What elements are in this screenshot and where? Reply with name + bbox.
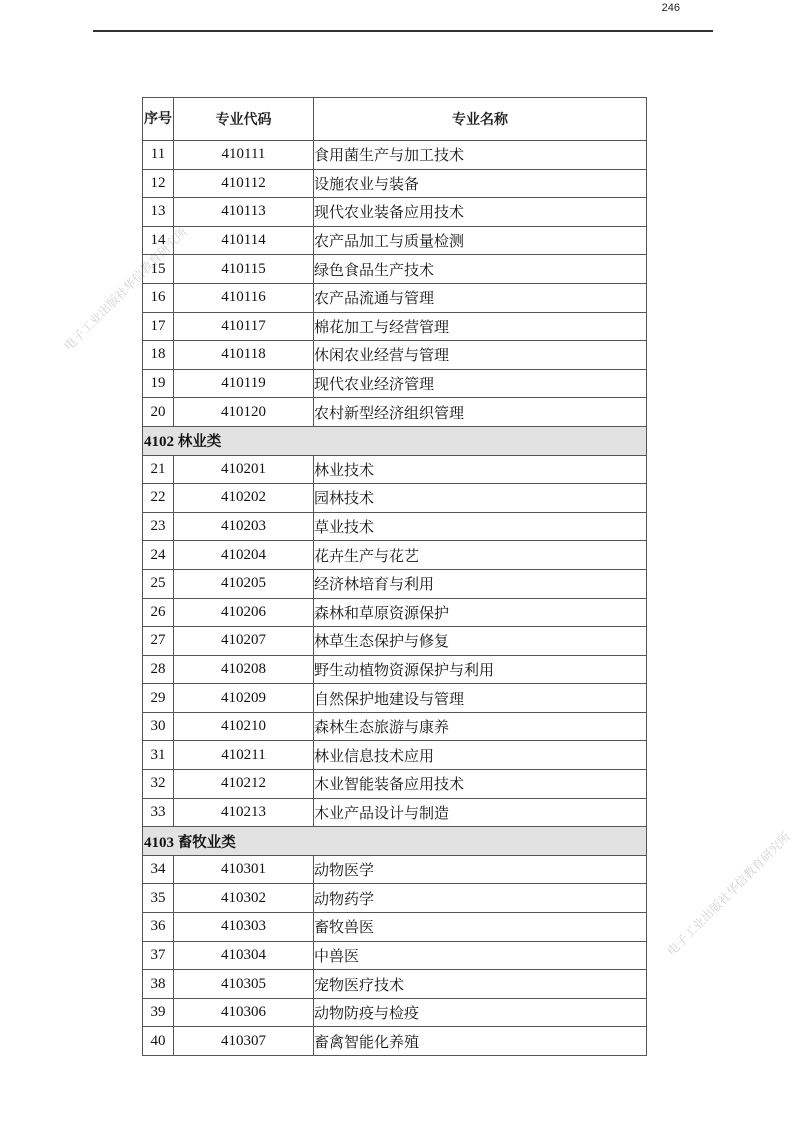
row-seq: 37: [143, 941, 174, 970]
table-body: 11410111食用菌生产与加工技术12410112设施农业与装备1341011…: [143, 141, 647, 1056]
table-row: 28410208野生动植物资源保护与利用: [143, 655, 647, 684]
row-code: 410211: [174, 741, 314, 770]
row-seq: 39: [143, 998, 174, 1027]
row-name: 休闲农业经营与管理: [314, 341, 647, 370]
row-code: 410117: [174, 312, 314, 341]
row-seq: 40: [143, 1027, 174, 1056]
row-code: 410208: [174, 655, 314, 684]
table-row: 38410305宠物医疗技术: [143, 970, 647, 999]
table-row: 15410115绿色食品生产技术: [143, 255, 647, 284]
row-seq: 11: [143, 141, 174, 170]
row-seq: 14: [143, 226, 174, 255]
row-code: 410306: [174, 998, 314, 1027]
header-seq: 序号: [143, 98, 174, 141]
row-name: 林业技术: [314, 455, 647, 484]
category-code: 4102: [144, 434, 174, 450]
row-code: 410210: [174, 712, 314, 741]
row-name: 畜禽智能化养殖: [314, 1027, 647, 1056]
table-row: 31410211林业信息技术应用: [143, 741, 647, 770]
table-row: 12410112设施农业与装备: [143, 169, 647, 198]
row-code: 410113: [174, 198, 314, 227]
row-code: 410204: [174, 541, 314, 570]
row-seq: 28: [143, 655, 174, 684]
row-seq: 27: [143, 627, 174, 656]
row-seq: 12: [143, 169, 174, 198]
majors-table: 序号 专业代码 专业名称 11410111食用菌生产与加工技术12410112设…: [142, 97, 647, 1056]
row-code: 410307: [174, 1027, 314, 1056]
row-code: 410305: [174, 970, 314, 999]
row-seq: 24: [143, 541, 174, 570]
table-row: 19410119现代农业经济管理: [143, 369, 647, 398]
row-code: 410303: [174, 913, 314, 942]
row-seq: 19: [143, 369, 174, 398]
table-row: 17410117棉花加工与经营管理: [143, 312, 647, 341]
row-code: 410112: [174, 169, 314, 198]
row-code: 410213: [174, 798, 314, 827]
row-seq: 32: [143, 770, 174, 799]
row-name: 园林技术: [314, 484, 647, 513]
row-code: 410120: [174, 398, 314, 427]
row-code: 410302: [174, 884, 314, 913]
header-rule: [93, 30, 713, 32]
row-name: 宠物医疗技术: [314, 970, 647, 999]
table-row: 21410201林业技术: [143, 455, 647, 484]
watermark: 电子工业出版社华信教育研究所: [663, 828, 793, 959]
row-seq: 22: [143, 484, 174, 513]
category-row: 4103 畜牧业类: [143, 827, 647, 856]
category-row: 4102 林业类: [143, 426, 647, 455]
header-name: 专业名称: [314, 98, 647, 141]
row-code: 410207: [174, 627, 314, 656]
row-seq: 36: [143, 913, 174, 942]
row-name: 木业智能装备应用技术: [314, 770, 647, 799]
row-seq: 23: [143, 512, 174, 541]
row-name: 食用菌生产与加工技术: [314, 141, 647, 170]
row-seq: 34: [143, 855, 174, 884]
table-row: 35410302动物药学: [143, 884, 647, 913]
row-seq: 25: [143, 569, 174, 598]
row-code: 410209: [174, 684, 314, 713]
row-seq: 31: [143, 741, 174, 770]
table-row: 18410118休闲农业经营与管理: [143, 341, 647, 370]
row-name: 自然保护地建设与管理: [314, 684, 647, 713]
table-row: 23410203草业技术: [143, 512, 647, 541]
table-row: 34410301动物医学: [143, 855, 647, 884]
row-name: 草业技术: [314, 512, 647, 541]
table-row: 24410204花卉生产与花艺: [143, 541, 647, 570]
row-name: 花卉生产与花艺: [314, 541, 647, 570]
table-row: 32410212木业智能装备应用技术: [143, 770, 647, 799]
table-row: 16410116农产品流通与管理: [143, 283, 647, 312]
row-seq: 35: [143, 884, 174, 913]
row-seq: 16: [143, 283, 174, 312]
table-row: 40410307畜禽智能化养殖: [143, 1027, 647, 1056]
row-name: 动物防疫与检疫: [314, 998, 647, 1027]
row-code: 410119: [174, 369, 314, 398]
row-name: 绿色食品生产技术: [314, 255, 647, 284]
row-code: 410114: [174, 226, 314, 255]
row-code: 410115: [174, 255, 314, 284]
table-row: 25410205经济林培育与利用: [143, 569, 647, 598]
row-name: 设施农业与装备: [314, 169, 647, 198]
row-code: 410118: [174, 341, 314, 370]
row-name: 中兽医: [314, 941, 647, 970]
row-name: 畜牧兽医: [314, 913, 647, 942]
row-name: 农产品加工与质量检测: [314, 226, 647, 255]
row-name: 林草生态保护与修复: [314, 627, 647, 656]
row-name: 森林和草原资源保护: [314, 598, 647, 627]
row-seq: 38: [143, 970, 174, 999]
table-row: 36410303畜牧兽医: [143, 913, 647, 942]
row-code: 410301: [174, 855, 314, 884]
row-name: 林业信息技术应用: [314, 741, 647, 770]
row-name: 野生动植物资源保护与利用: [314, 655, 647, 684]
row-name: 动物药学: [314, 884, 647, 913]
row-code: 410206: [174, 598, 314, 627]
row-name: 森林生态旅游与康养: [314, 712, 647, 741]
table-row: 13410113现代农业装备应用技术: [143, 198, 647, 227]
table-row: 22410202园林技术: [143, 484, 647, 513]
row-name: 经济林培育与利用: [314, 569, 647, 598]
row-name: 现代农业装备应用技术: [314, 198, 647, 227]
table-header-row: 序号 专业代码 专业名称: [143, 98, 647, 141]
row-code: 410304: [174, 941, 314, 970]
row-name: 农村新型经济组织管理: [314, 398, 647, 427]
row-seq: 18: [143, 341, 174, 370]
row-code: 410111: [174, 141, 314, 170]
row-seq: 29: [143, 684, 174, 713]
row-name: 现代农业经济管理: [314, 369, 647, 398]
category-cell: 4102 林业类: [143, 426, 647, 455]
table-row: 37410304中兽医: [143, 941, 647, 970]
category-cell: 4103 畜牧业类: [143, 827, 647, 856]
row-code: 410116: [174, 283, 314, 312]
table-row: 11410111食用菌生产与加工技术: [143, 141, 647, 170]
header-code: 专业代码: [174, 98, 314, 141]
row-code: 410203: [174, 512, 314, 541]
row-code: 410205: [174, 569, 314, 598]
table-row: 33410213木业产品设计与制造: [143, 798, 647, 827]
category-name: 林业类: [178, 434, 222, 450]
table-row: 39410306动物防疫与检疫: [143, 998, 647, 1027]
row-code: 410212: [174, 770, 314, 799]
page-number: 246: [662, 2, 680, 14]
table-row: 14410114农产品加工与质量检测: [143, 226, 647, 255]
row-name: 农产品流通与管理: [314, 283, 647, 312]
row-code: 410201: [174, 455, 314, 484]
row-seq: 17: [143, 312, 174, 341]
table-row: 30410210森林生态旅游与康养: [143, 712, 647, 741]
row-name: 木业产品设计与制造: [314, 798, 647, 827]
category-code: 4103: [144, 835, 174, 851]
row-seq: 33: [143, 798, 174, 827]
row-name: 动物医学: [314, 855, 647, 884]
row-code: 410202: [174, 484, 314, 513]
row-seq: 21: [143, 455, 174, 484]
row-seq: 20: [143, 398, 174, 427]
row-seq: 15: [143, 255, 174, 284]
row-name: 棉花加工与经营管理: [314, 312, 647, 341]
row-seq: 26: [143, 598, 174, 627]
row-seq: 13: [143, 198, 174, 227]
category-name: 畜牧业类: [178, 835, 236, 851]
table-row: 27410207林草生态保护与修复: [143, 627, 647, 656]
table-row: 20410120农村新型经济组织管理: [143, 398, 647, 427]
row-seq: 30: [143, 712, 174, 741]
table-row: 29410209自然保护地建设与管理: [143, 684, 647, 713]
table-row: 26410206森林和草原资源保护: [143, 598, 647, 627]
